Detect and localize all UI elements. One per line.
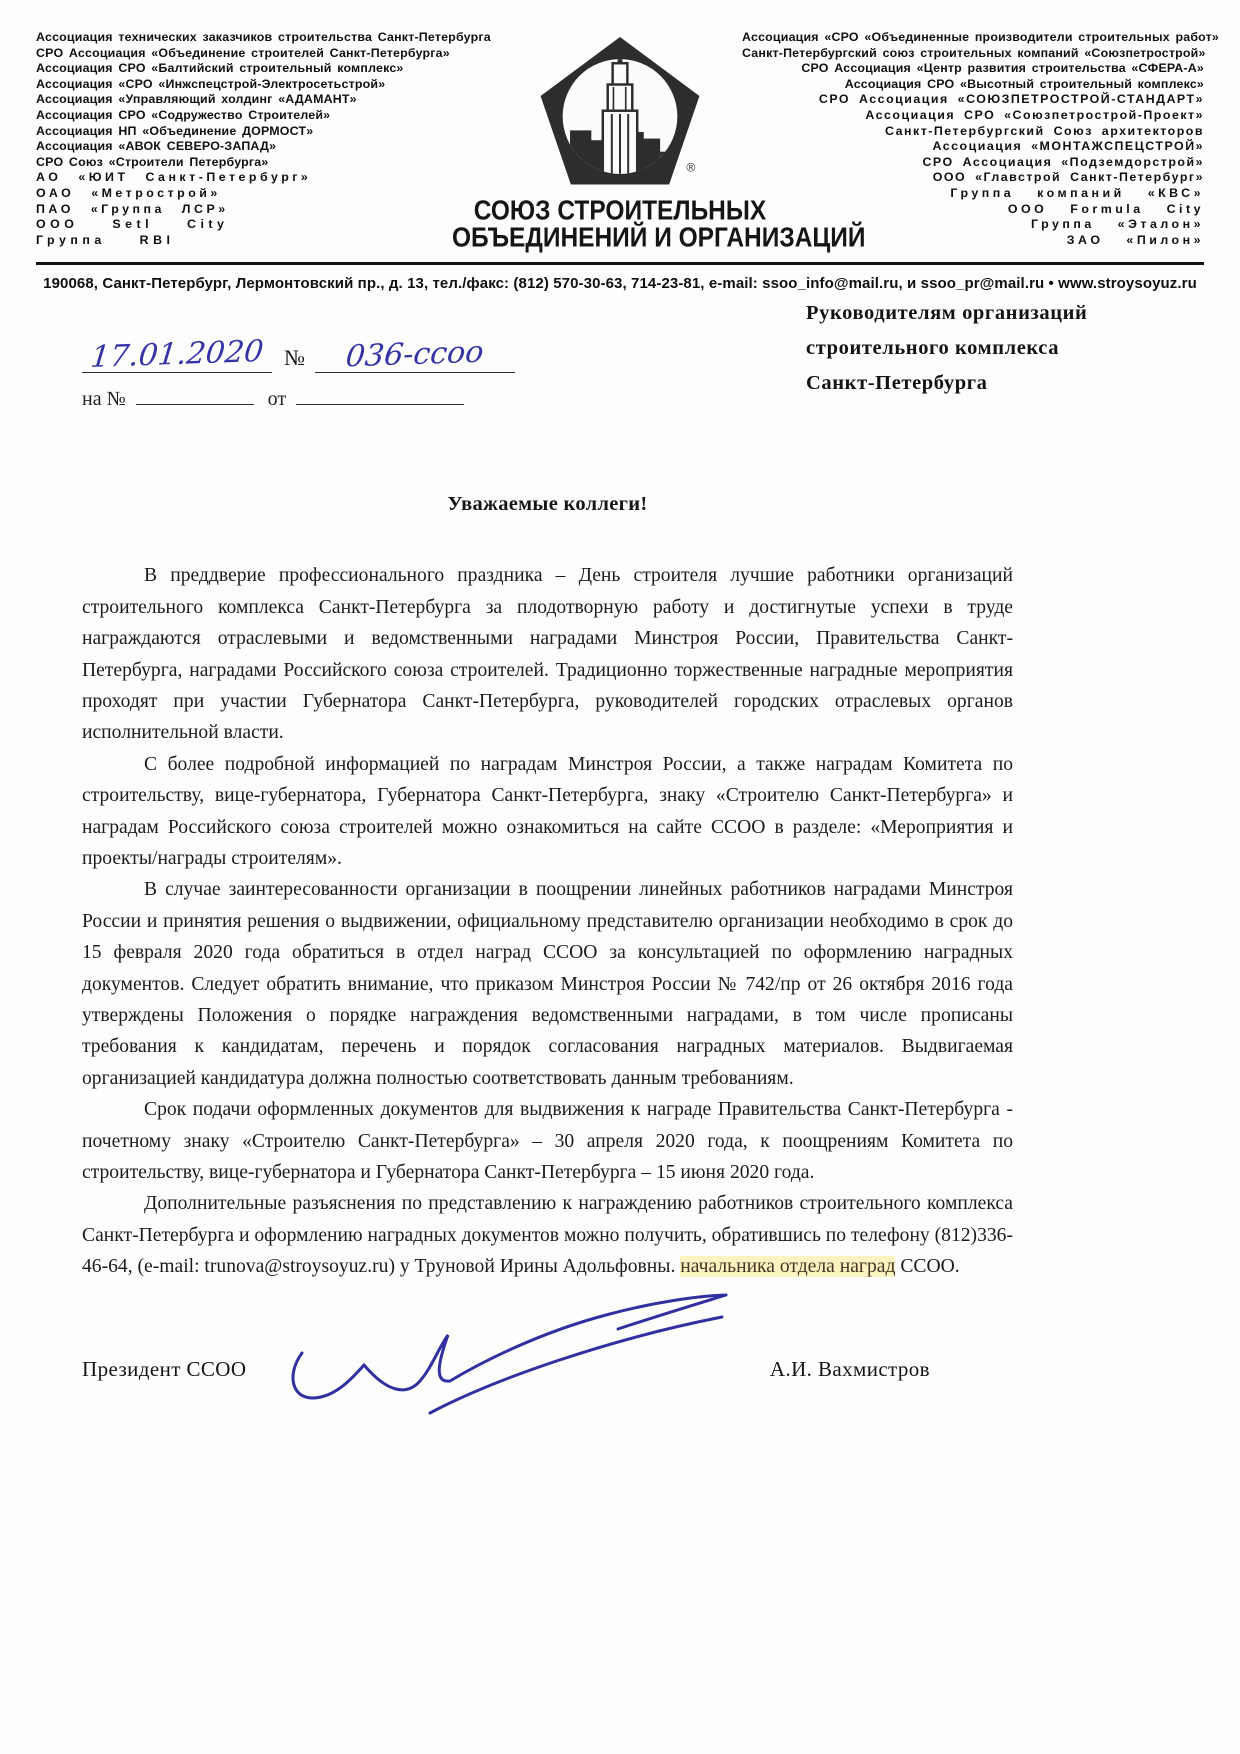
outgoing-date-line: 17.01.2020 № 036-ссоо — [82, 340, 515, 373]
org-line: Ассоциация «Управляющий холдинг «АДАМАНТ… — [36, 92, 498, 108]
org-line: Ассоциация НП «Объединение ДОРМОСТ» — [36, 124, 498, 140]
reference-block: 17.01.2020 № 036-ссоо на №от — [82, 340, 515, 411]
recipient-line: Санкт-Петербурга — [806, 366, 1140, 401]
reply-from-label: от — [268, 388, 286, 410]
org-line: СРО Союз «Строители Петербурга» — [36, 155, 498, 171]
org-line: ООО Formula City — [742, 202, 1204, 218]
number-sign: № — [272, 345, 305, 373]
paragraph-3: В случае заинтересованности организации … — [82, 874, 1013, 1094]
contact-address-line: 190068, Санкт-Петербург, Лермонтовский п… — [36, 262, 1204, 292]
logo-title-line1: СОЮЗ СТРОИТЕЛЬНЫХ — [452, 196, 788, 226]
org-line: Ассоциация СРО «Высотный строительный ко… — [742, 77, 1204, 93]
reply-date-blank — [296, 385, 464, 405]
org-line: Ассоциация СРО «Союзпетрострой-Проект» — [742, 108, 1204, 124]
recipient-block: Руководителям организаций строительного … — [806, 296, 1140, 411]
recipient-line: строительного комплекса — [806, 331, 1140, 366]
org-list-right: Ассоциация «СРО «Объединенные производит… — [742, 30, 1204, 248]
organization-logo: ® СОЮЗ СТРОИТЕЛЬНЫХ ОБЪЕДИНЕНИЙ И ОРГАНИ… — [452, 30, 788, 250]
org-line: СРО Ассоциация «СОЮЗПЕТРОСТРОЙ-СТАНДАРТ» — [742, 92, 1204, 108]
paragraph-5: Дополнительные разъяснения по представле… — [82, 1188, 1013, 1282]
org-line: СРО Ассоциация «Объединение строителей С… — [36, 46, 498, 62]
letter-page: Ассоциация технических заказчиков строит… — [0, 0, 1240, 1754]
org-line: СРО Ассоциация «Центр развития строитель… — [742, 61, 1204, 77]
org-line: Ассоциация технических заказчиков строит… — [36, 30, 498, 46]
org-line: Группа компаний «КВС» — [742, 186, 1204, 202]
org-line: Ассоциация «СРО «Инжспецстрой-Электросет… — [36, 77, 498, 93]
org-list-left: Ассоциация технических заказчиков строит… — [36, 30, 498, 248]
pentagon-building-icon: ® — [534, 32, 706, 196]
org-line: Ассоциация «АВОК СЕВЕРО-ЗАПАД» — [36, 139, 498, 155]
org-line: СРО Ассоциация «Подземдорстрой» — [742, 155, 1204, 171]
reply-number-label: на № — [82, 388, 126, 410]
letterhead: Ассоциация технических заказчиков строит… — [0, 0, 1240, 292]
paragraph-4: Срок подачи оформленных документов для в… — [82, 1094, 1013, 1188]
org-line: Ассоциация «МОНТАЖСПЕЦСТРОЙ» — [742, 139, 1204, 155]
signature-row: Президент ССОО А.И. Вахмистров — [82, 1357, 930, 1382]
paragraph-5-highlighted-text: начальника отдела наград — [680, 1256, 895, 1277]
handwritten-signature — [280, 1293, 750, 1438]
recipient-line: Руководителям организаций — [806, 296, 1140, 331]
reference-recipient-row: 17.01.2020 № 036-ссоо на №от Руководител… — [0, 292, 1240, 411]
handwritten-date: 17.01.2020 — [81, 337, 273, 376]
signer-name: А.И. Вахмистров — [770, 1357, 930, 1382]
salutation: Уважаемые коллеги! — [82, 493, 1013, 516]
org-line: ОАО «Метрострой» — [36, 186, 498, 202]
org-line: Группа RBI — [36, 233, 498, 249]
org-line: ООО «Главстрой Санкт-Петербург» — [742, 170, 1204, 186]
number-underline: 036-ссоо — [315, 340, 515, 373]
handwritten-outgoing-number: 036-ссоо — [336, 338, 493, 375]
org-line: Санкт-Петербургский союз строительных ко… — [742, 46, 1204, 62]
letter-body: В преддверие профессионального праздника… — [82, 560, 1013, 1282]
org-line: Ассоциация СРО «Балтийский строительный … — [36, 61, 498, 77]
letterhead-org-lists: Ассоциация технических заказчиков строит… — [36, 30, 1204, 248]
org-line: Ассоциация «СРО «Объединенные производит… — [742, 30, 1204, 46]
paragraph-2: С более подробной информацией по награда… — [82, 749, 1013, 875]
org-line: АО «ЮИТ Санкт-Петербург» — [36, 170, 498, 186]
signer-position: Президент ССОО — [82, 1357, 246, 1382]
reply-reference-line: на №от — [82, 385, 515, 411]
paragraph-1: В преддверие профессионального праздника… — [82, 560, 1013, 748]
logo-title-line2: ОБЪЕДИНЕНИЙ И ОРГАНИЗАЦИЙ — [452, 223, 788, 253]
date-underline: 17.01.2020 — [82, 340, 272, 373]
org-line: Ассоциация СРО «Содружество Строителей» — [36, 108, 498, 124]
registered-trademark-mark: ® — [686, 160, 695, 174]
org-line: Санкт-Петербургский Союз архитекторов — [742, 124, 1204, 140]
org-line: ООО Setl City — [36, 217, 498, 233]
reply-number-blank — [136, 385, 254, 405]
paragraph-5-text: ССОО. — [895, 1256, 959, 1277]
org-line: ПАО «Группа ЛСР» — [36, 202, 498, 218]
